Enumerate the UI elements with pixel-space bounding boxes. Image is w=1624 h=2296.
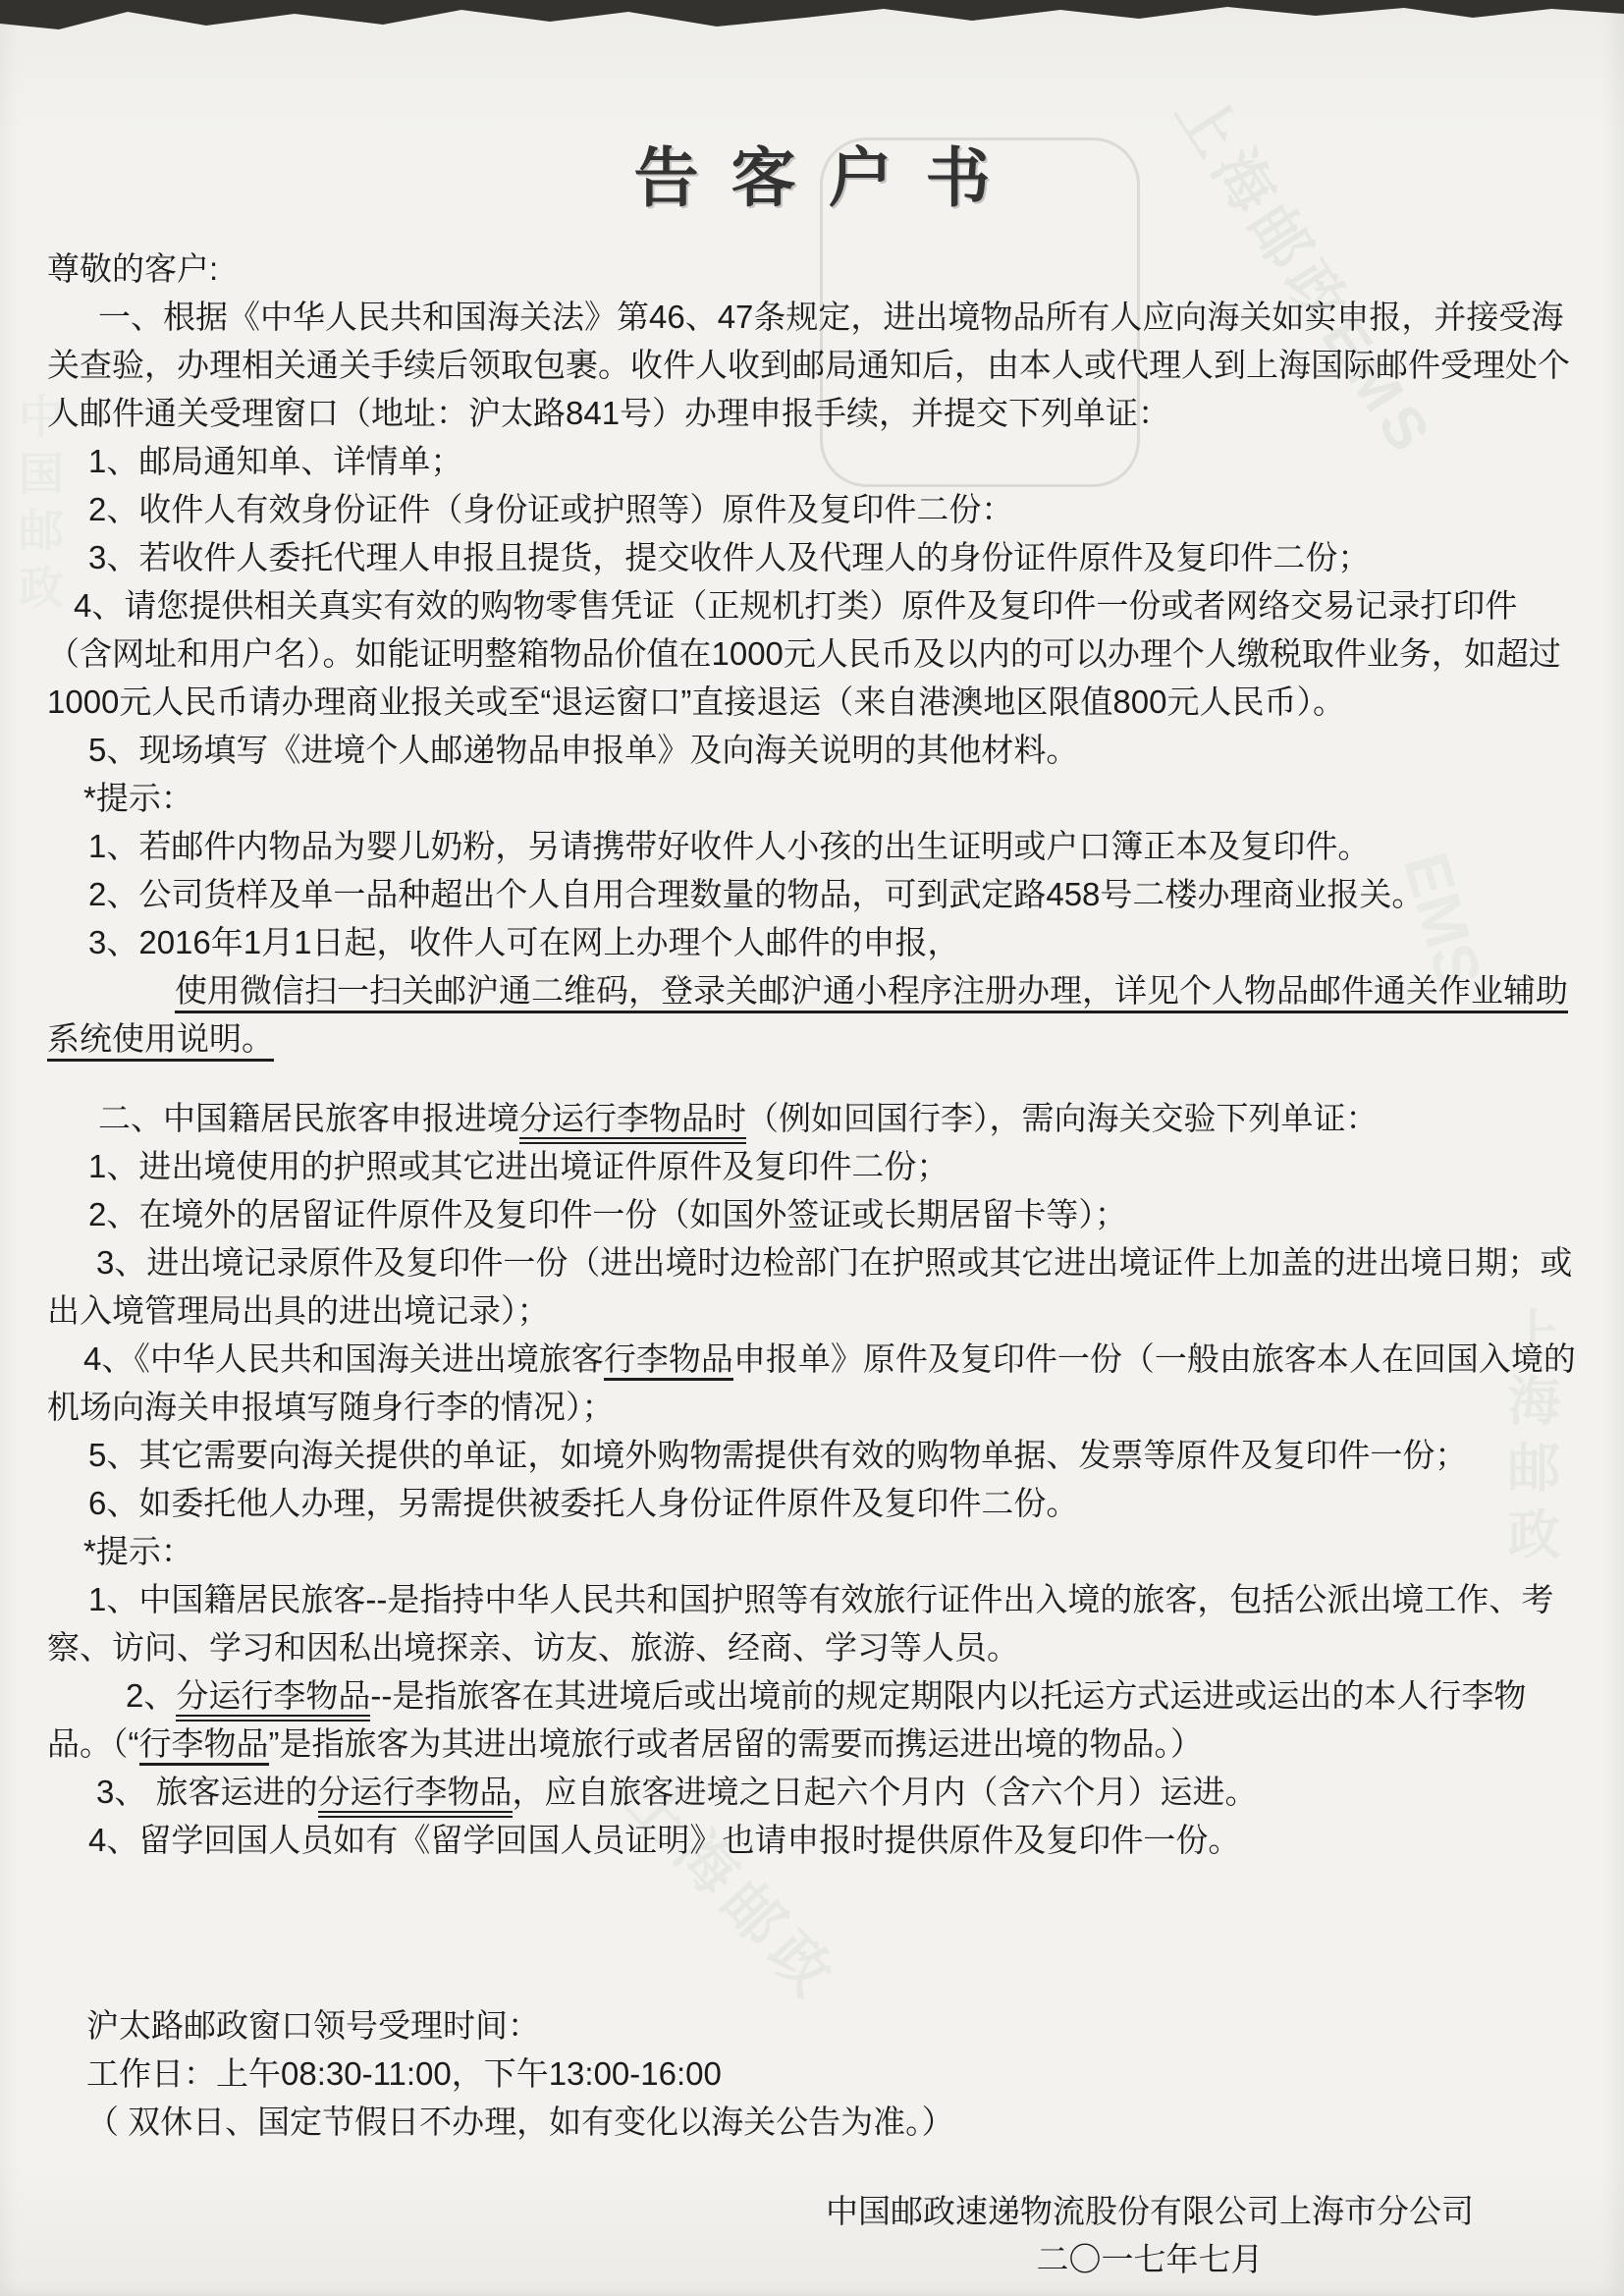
office-hours-weekday: 工作日：上午08:30-11:00，下午13:00-16:00 <box>47 2050 1577 2098</box>
section2-item-4-pre: 4、《中华人民共和国海关进出境旅客 <box>83 1340 604 1377</box>
section2-tips-label: *提示： <box>47 1527 1577 1575</box>
section2-tip-3: 3、 旅客运进的分运行李物品，应自旅客进境之日起六个月内（含六个月）运进。 <box>47 1768 1577 1816</box>
section1-tip-1: 1、若邮件内物品为婴儿奶粉，另请携带好收件人小孩的出生证明或户口簿正本及复印件。 <box>47 822 1577 870</box>
section2-tip-3-pre: 3、 旅客运进的 <box>96 1774 318 1810</box>
section1-tip-3-underlined-line: 使用微信扫一扫关邮沪通二维码，登录关邮沪通小程序注册办理，详见个人物品邮件通关作… <box>47 966 1577 1063</box>
section2-item-5: 5、其它需要向海关提供的单证，如境外购物需提供有效的购物单据、发票等原件及复印件… <box>47 1431 1577 1479</box>
section2-item-6: 6、如委托他人办理，另需提供被委托人身份证件原件及复印件二份。 <box>47 1479 1577 1527</box>
signature-block: 中国邮政速递物流股份有限公司上海市分公司 二〇一七年七月 <box>47 2187 1577 2283</box>
document-date: 二〇一七年七月 <box>826 2235 1474 2283</box>
section2-item-4-underlined: 行李物品 <box>604 1340 733 1381</box>
section2-intro-post: （例如回国行李），需向海关交验下列单证： <box>746 1100 1379 1136</box>
section2-item-2: 2、在境外的居留证件原件及复印件一份（如国外签证或长期居留卡等）； <box>47 1190 1577 1238</box>
section2-item-1: 1、进出境使用的护照或其它进出境证件原件及复印件二份； <box>47 1142 1577 1190</box>
section2-tip-2: 2、分运行李物品--是指旅客在其进境后或出境前的规定期限内以托运方式运进或运出的… <box>47 1671 1577 1768</box>
section2-tip-2-quoted-underlined: 行李物品 <box>139 1725 269 1766</box>
section2-tip-2-underlined: 分运行李物品 <box>176 1677 370 1722</box>
salutation: 尊敬的客户: <box>47 245 1577 293</box>
section1-item-5: 5、现场填写《进境个人邮递物品申报单》及向海关说明的其他材料。 <box>47 726 1577 774</box>
section2-tip-1: 1、中国籍居民旅客--是指持中华人民共和国护照等有效旅行证件出入境的旅客，包括公… <box>47 1575 1577 1671</box>
signature-inner: 中国邮政速递物流股份有限公司上海市分公司 二〇一七年七月 <box>826 2187 1474 2283</box>
section2-tip-2-post: ”是指旅客为其进出境旅行或者居留的需要而携运进出境的物品。） <box>269 1725 1204 1762</box>
section2-item-3: 3、进出境记录原件及复印件一份（进出境时边检部门在护照或其它进出境证件上加盖的进… <box>47 1238 1577 1335</box>
section1-item-2: 2、收件人有效身份证件（身份证或护照等）原件及复印件二份： <box>47 485 1577 533</box>
section1-tips-label: *提示： <box>47 774 1577 822</box>
office-hours-block: 沪太路邮政窗口领号受理时间： 工作日：上午08:30-11:00，下午13:00… <box>47 2001 1577 2146</box>
document-body: 告客户书 尊敬的客户: 一、根据《中华人民共和国海关法》第46、47条规定，进出… <box>0 126 1624 2283</box>
section2-item-4: 4、《中华人民共和国海关进出境旅客行李物品申报单》原件及复印件一份（一般由旅客本… <box>47 1335 1577 1431</box>
section1-tip-3: 3、2016年1月1日起，收件人可在网上办理个人邮件的申报， <box>47 918 1577 966</box>
office-hours-note: （ 双休日、国定节假日不办理，如有变化以海关公告为准。） <box>47 2098 1577 2146</box>
office-hours-title: 沪太路邮政窗口领号受理时间： <box>47 2001 1577 2050</box>
document-title: 告客户书 <box>47 126 1577 219</box>
section2-intro-pre: 二、中国籍居民旅客申报进境 <box>98 1100 519 1136</box>
section2-intro-underlined: 分运行李物品时 <box>519 1100 746 1144</box>
section1-item-4: 4、请您提供相关真实有效的购物零售凭证（正规机打类）原件及复印件一份或者网络交易… <box>47 581 1577 726</box>
section2-tip-4: 4、留学回国人员如有《留学回国人员证明》也请申报时提供原件及复印件一份。 <box>47 1816 1577 1864</box>
section1-item-1: 1、邮局通知单、详情单； <box>47 437 1577 485</box>
section2-intro: 二、中国籍居民旅客申报进境分运行李物品时（例如回国行李），需向海关交验下列单证： <box>47 1094 1577 1142</box>
section2-tip-2-pre: 2、 <box>126 1677 176 1714</box>
section2-tip-3-underlined: 分运行李物品 <box>318 1774 513 1818</box>
scan-top-edge <box>0 0 1624 41</box>
company-name: 中国邮政速递物流股份有限公司上海市分公司 <box>826 2187 1474 2235</box>
section1-item-3: 3、若收件人委托代理人申报且提货，提交收件人及代理人的身份证件原件及复印件二份； <box>47 533 1577 581</box>
section1-intro: 一、根据《中华人民共和国海关法》第46、47条规定，进出境物品所有人应向海关如实… <box>47 293 1577 437</box>
section1-tip-2: 2、公司货样及单一品种超出个人自用合理数量的物品，可到武定路458号二楼办理商业… <box>47 870 1577 918</box>
scanned-notice-page: 上海邮政EMS EMS 上海邮政 上海邮政 中国邮政 告客户书 尊敬的客户: 一… <box>0 0 1624 2296</box>
wechat-instruction-underlined: 使用微信扫一扫关邮沪通二维码，登录关邮沪通小程序注册办理，详见个人物品邮件通关作… <box>47 972 1568 1062</box>
section2-tip-3-post: ，应自旅客进境之日起六个月内（含六个月）运进。 <box>513 1774 1258 1810</box>
